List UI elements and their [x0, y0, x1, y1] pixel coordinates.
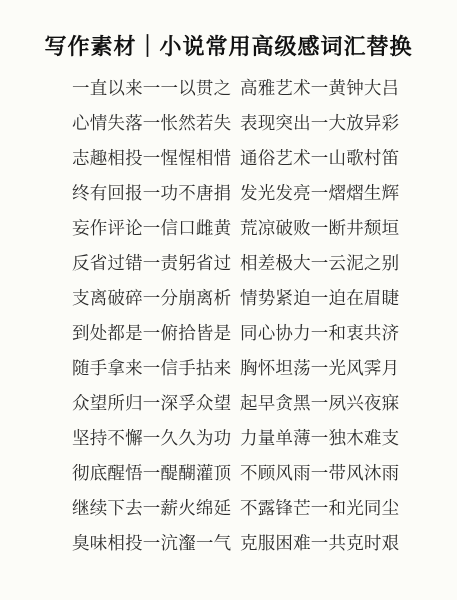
word-row: 众望所归一深孚众望起早贪黑一夙兴夜寐 — [72, 391, 392, 426]
word-pair-left: 到处都是一俯拾皆是 — [72, 321, 224, 356]
word-pair-right: 通俗艺术一山歌村笛 — [240, 146, 392, 181]
word-pair-right: 高雅艺术一黄钟大吕 — [240, 76, 392, 111]
word-row: 彻底醒悟一醍醐灌顶不顾风雨一带风沐雨 — [72, 461, 392, 496]
word-pair-left: 反省过错一责躬省过 — [72, 251, 224, 286]
word-pair-left: 心情失落一怅然若失 — [72, 111, 224, 146]
word-list: 一直以来一一以贯之高雅艺术一黄钟大吕 心情失落一怅然若失表现突出一大放异彩 志趣… — [72, 76, 392, 566]
word-pair-right: 表现突出一大放异彩 — [240, 111, 392, 146]
word-pair-right: 发光发亮一熠熠生辉 — [240, 181, 392, 216]
word-pair-right: 起早贪黑一夙兴夜寐 — [240, 391, 392, 426]
word-row: 心情失落一怅然若失表现突出一大放异彩 — [72, 111, 392, 146]
word-row: 坚持不懈一久久为功力量单薄一独木难支 — [72, 426, 392, 461]
word-pair-right: 相差极大一云泥之别 — [240, 251, 392, 286]
word-row: 臭味相投一沆瀣一气克服困难一共克时艰 — [72, 531, 392, 566]
word-row: 随手拿来一信手拈来胸怀坦荡一光风霁月 — [72, 356, 392, 391]
word-pair-left: 坚持不懈一久久为功 — [72, 426, 224, 461]
word-pair-right: 克服困难一共克时艰 — [240, 531, 392, 566]
word-pair-right: 胸怀坦荡一光风霁月 — [240, 356, 392, 391]
word-pair-left: 继续下去一薪火绵延 — [72, 496, 224, 531]
word-pair-left: 彻底醒悟一醍醐灌顶 — [72, 461, 224, 496]
word-pair-left: 支离破碎一分崩离析 — [72, 286, 224, 321]
word-row: 继续下去一薪火绵延不露锋芒一和光同尘 — [72, 496, 392, 531]
word-pair-right: 同心协力一和衷共济 — [240, 321, 392, 356]
word-row: 志趣相投一惺惺相惜通俗艺术一山歌村笛 — [72, 146, 392, 181]
word-pair-left: 众望所归一深孚众望 — [72, 391, 224, 426]
word-pair-left: 妄作评论一信口雌黄 — [72, 216, 224, 251]
word-row: 到处都是一俯拾皆是同心协力一和衷共济 — [72, 321, 392, 356]
word-pair-left: 随手拿来一信手拈来 — [72, 356, 224, 391]
word-pair-right: 情势紧迫一迫在眉睫 — [240, 286, 392, 321]
word-pair-left: 志趣相投一惺惺相惜 — [72, 146, 224, 181]
word-pair-left: 终有回报一功不唐捐 — [72, 181, 224, 216]
word-pair-left: 臭味相投一沆瀣一气 — [72, 531, 224, 566]
word-row: 终有回报一功不唐捐发光发亮一熠熠生辉 — [72, 181, 392, 216]
word-pair-right: 不露锋芒一和光同尘 — [240, 496, 392, 531]
word-row: 妄作评论一信口雌黄荒凉破败一断井颓垣 — [72, 216, 392, 251]
word-pair-right: 荒凉破败一断井颓垣 — [240, 216, 392, 251]
word-pair-left: 一直以来一一以贯之 — [72, 76, 224, 111]
page-title: 写作素材｜小说常用高级感词汇替换 — [0, 30, 457, 61]
word-row: 支离破碎一分崩离析情势紧迫一迫在眉睫 — [72, 286, 392, 321]
word-row: 一直以来一一以贯之高雅艺术一黄钟大吕 — [72, 76, 392, 111]
word-pair-right: 不顾风雨一带风沐雨 — [240, 461, 392, 496]
word-pair-right: 力量单薄一独木难支 — [240, 426, 392, 461]
word-row: 反省过错一责躬省过相差极大一云泥之别 — [72, 251, 392, 286]
